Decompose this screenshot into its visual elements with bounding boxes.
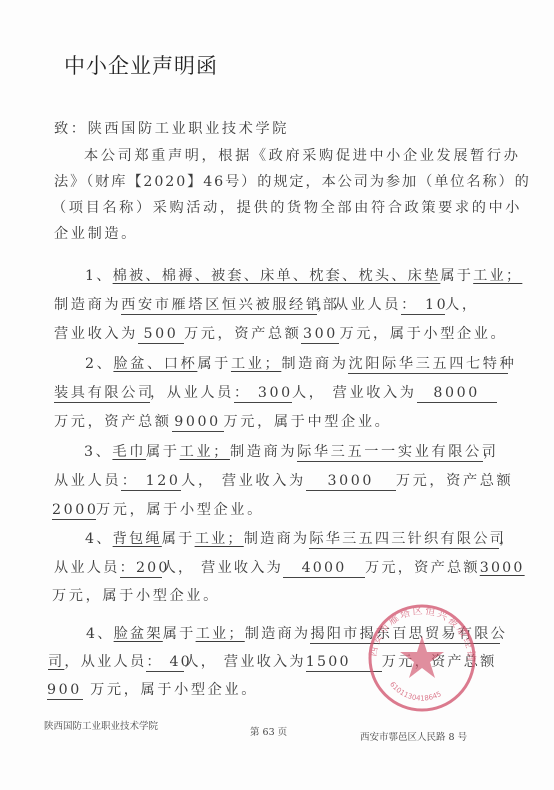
- company-seal-icon: 西安市雁塔区恒兴被服经销部 6101130418645: [360, 596, 484, 714]
- revenue-label: 营业收入为: [222, 473, 306, 489]
- assets-value: 2000: [52, 502, 96, 520]
- revenue-label: 营业收入为: [201, 560, 283, 576]
- employees-label: ，从业人员: [150, 385, 234, 401]
- size-statement: 万元，属于小型企业。: [52, 588, 220, 604]
- manufacturer-label: 制造商为: [244, 531, 310, 547]
- page-title: 中小企业声明函: [64, 50, 218, 80]
- assets-value: 9000: [172, 414, 224, 432]
- manufacturer-name-part-2: 司: [48, 654, 64, 670]
- manufacturer-name-part-1: 沈阳际华三五四七特种: [348, 356, 508, 374]
- assets-value: 300: [301, 326, 339, 344]
- assets-value: 3000: [480, 560, 525, 576]
- item-5-line-3: 900 万元，属于小型企业。: [47, 680, 258, 700]
- footer-institution: 陕西国防工业职业技术学院: [44, 718, 158, 732]
- belongs-label: 属于: [440, 268, 473, 284]
- manufacturer-name: 际华三五一一实业有限公司: [297, 444, 483, 462]
- employees-unit: 人，: [445, 297, 479, 313]
- assets-value: 900: [47, 682, 83, 700]
- revenue-value: 8000: [417, 385, 497, 403]
- manufacturer-label: 制造商为: [245, 626, 311, 642]
- item-3-line-1: 3、毛巾属于工业；制造商为际华三五一一实业有限公司，: [84, 442, 500, 462]
- item-number: 4、: [86, 626, 114, 642]
- assets-label: 万元，资产总额: [184, 326, 302, 342]
- employees-unit: 人，: [181, 473, 215, 489]
- assets-label: 万元，资产总额: [396, 473, 514, 489]
- item-2-line-1: 2、脸盆、口杯属于工业；制造商为沈阳际华三五四七特种: [85, 354, 508, 374]
- item-3-line-3: 2000万元，属于小型企业。: [52, 500, 264, 520]
- goods-name: 棉被、棉褥、被套、床单、枕套、枕头、床垫: [113, 268, 441, 284]
- item-number: 4、: [85, 531, 113, 547]
- item-number: 3、: [84, 444, 112, 460]
- item-number: 1、: [85, 268, 113, 284]
- industry: 工业；: [473, 268, 522, 284]
- revenue-value: 500: [138, 326, 184, 344]
- employees-count: ： 10: [401, 297, 445, 315]
- assets-label: 万元，资产总额: [365, 560, 480, 576]
- employees-label: 从业人员: [54, 560, 120, 576]
- revenue-label: 营业收入为: [224, 654, 306, 670]
- belongs-label: 属于: [197, 356, 231, 372]
- intro-line-4: 企业制造。: [54, 224, 138, 244]
- intro-line-2: 法》（财库【2020】46号）的规定，本公司为参加（单位名称）的: [54, 172, 531, 192]
- employees-count: ：200: [120, 560, 162, 578]
- industry: 工业；: [196, 626, 245, 642]
- belongs-label: 属于: [163, 626, 196, 642]
- employees-label: ，从业人员: [317, 297, 401, 313]
- revenue-label: 营业收入为: [333, 385, 417, 401]
- industry: 工业；: [180, 444, 230, 460]
- manufacturer-name: 西安市雁塔区恒兴被服经销部: [121, 297, 317, 315]
- item-4-line-3: 万元，属于小型企业。: [52, 586, 220, 606]
- revenue-value: 4000: [283, 560, 365, 578]
- employees-unit: 人，: [292, 385, 326, 401]
- item-2-line-2: 装具有限公司，从业人员： 300人， 营业收入为8000: [54, 383, 497, 403]
- svg-text:6101130418645: 6101130418645: [388, 680, 443, 702]
- manufacturer-label: 制造商为: [230, 444, 297, 460]
- item-1-line-3: 营业收入为500万元，资产总额300万元，属于小型企业。: [54, 324, 507, 344]
- employees-label: 从业人员: [54, 473, 121, 489]
- intro-line-1: 本公司郑重声明，根据《政府采购促进中小企业发展暂行办: [84, 146, 520, 166]
- revenue-value: 3000: [306, 473, 396, 491]
- goods-name: 背包绳: [113, 531, 162, 547]
- size-statement: 万元，属于小型企业。: [339, 326, 507, 342]
- employees-count: ： 40: [146, 654, 184, 672]
- industry: 工业；: [195, 531, 244, 547]
- employees-label: ，从业人员: [64, 654, 146, 670]
- assets-label: 万元，资产总额: [54, 414, 172, 430]
- employees-count: ： 120: [121, 473, 181, 491]
- footer-page-number: 第 63 页: [250, 724, 287, 738]
- document-page: 中小企业声明函 致：陕西国防工业职业技术学院 本公司郑重声明，根据《政府采购促进…: [0, 0, 554, 790]
- addressee: 致：陕西国防工业职业技术学院: [54, 119, 289, 139]
- item-1-line-2: 制造商为西安市雁塔区恒兴被服经销部，从业人员： 10人，: [54, 295, 479, 315]
- manufacturer-label: 制造商为: [54, 297, 121, 313]
- item-1-line-1: 1、棉被、棉褥、被套、床单、枕套、枕头、床垫属于工业；: [85, 266, 522, 286]
- item-3-line-2: 从业人员： 120人， 营业收入为3000万元，资产总额: [54, 471, 513, 491]
- employees-count: ： 300: [234, 385, 292, 403]
- revenue-label: 营业收入为: [54, 326, 138, 342]
- item-number: 2、: [85, 356, 113, 372]
- item-4-line-2: 从业人员：200人， 营业收入为4000万元，资产总额3000: [54, 558, 525, 578]
- belongs-label: 属于: [162, 531, 195, 547]
- employees-unit: 人，: [184, 654, 217, 670]
- belongs-label: 属于: [146, 444, 180, 460]
- size-statement: 万元，属于中型企业。: [224, 414, 392, 430]
- manufacturer-label: 制造商为: [281, 356, 348, 372]
- intro-line-3: （项目名称）采购活动，提供的货物全部由符合政策要求的中小: [52, 198, 522, 218]
- item-4-line-1: 4、背包绳属于工业；制造商为际华三五四三针织有限公司，: [85, 529, 516, 549]
- industry: 工业；: [231, 356, 281, 372]
- manufacturer-name-part-2: 装具有限公司: [54, 385, 150, 403]
- footer-address: 西安市鄠邑区人民路 8 号: [360, 729, 467, 743]
- size-statement: 万元，属于小型企业。: [96, 502, 264, 518]
- manufacturer-name: 际华三五四三针织有限公司: [309, 531, 499, 549]
- goods-name: 脸盆架: [114, 626, 163, 642]
- employees-unit: 人，: [162, 560, 195, 576]
- comma: ，: [483, 444, 500, 460]
- size-statement: 万元，属于小型企业。: [90, 682, 258, 698]
- goods-name: 毛巾: [112, 444, 146, 460]
- goods-name: 脸盆、口杯: [113, 356, 197, 372]
- item-2-line-3: 万元，资产总额9000万元，属于中型企业。: [54, 412, 391, 432]
- comma: ，: [499, 531, 515, 547]
